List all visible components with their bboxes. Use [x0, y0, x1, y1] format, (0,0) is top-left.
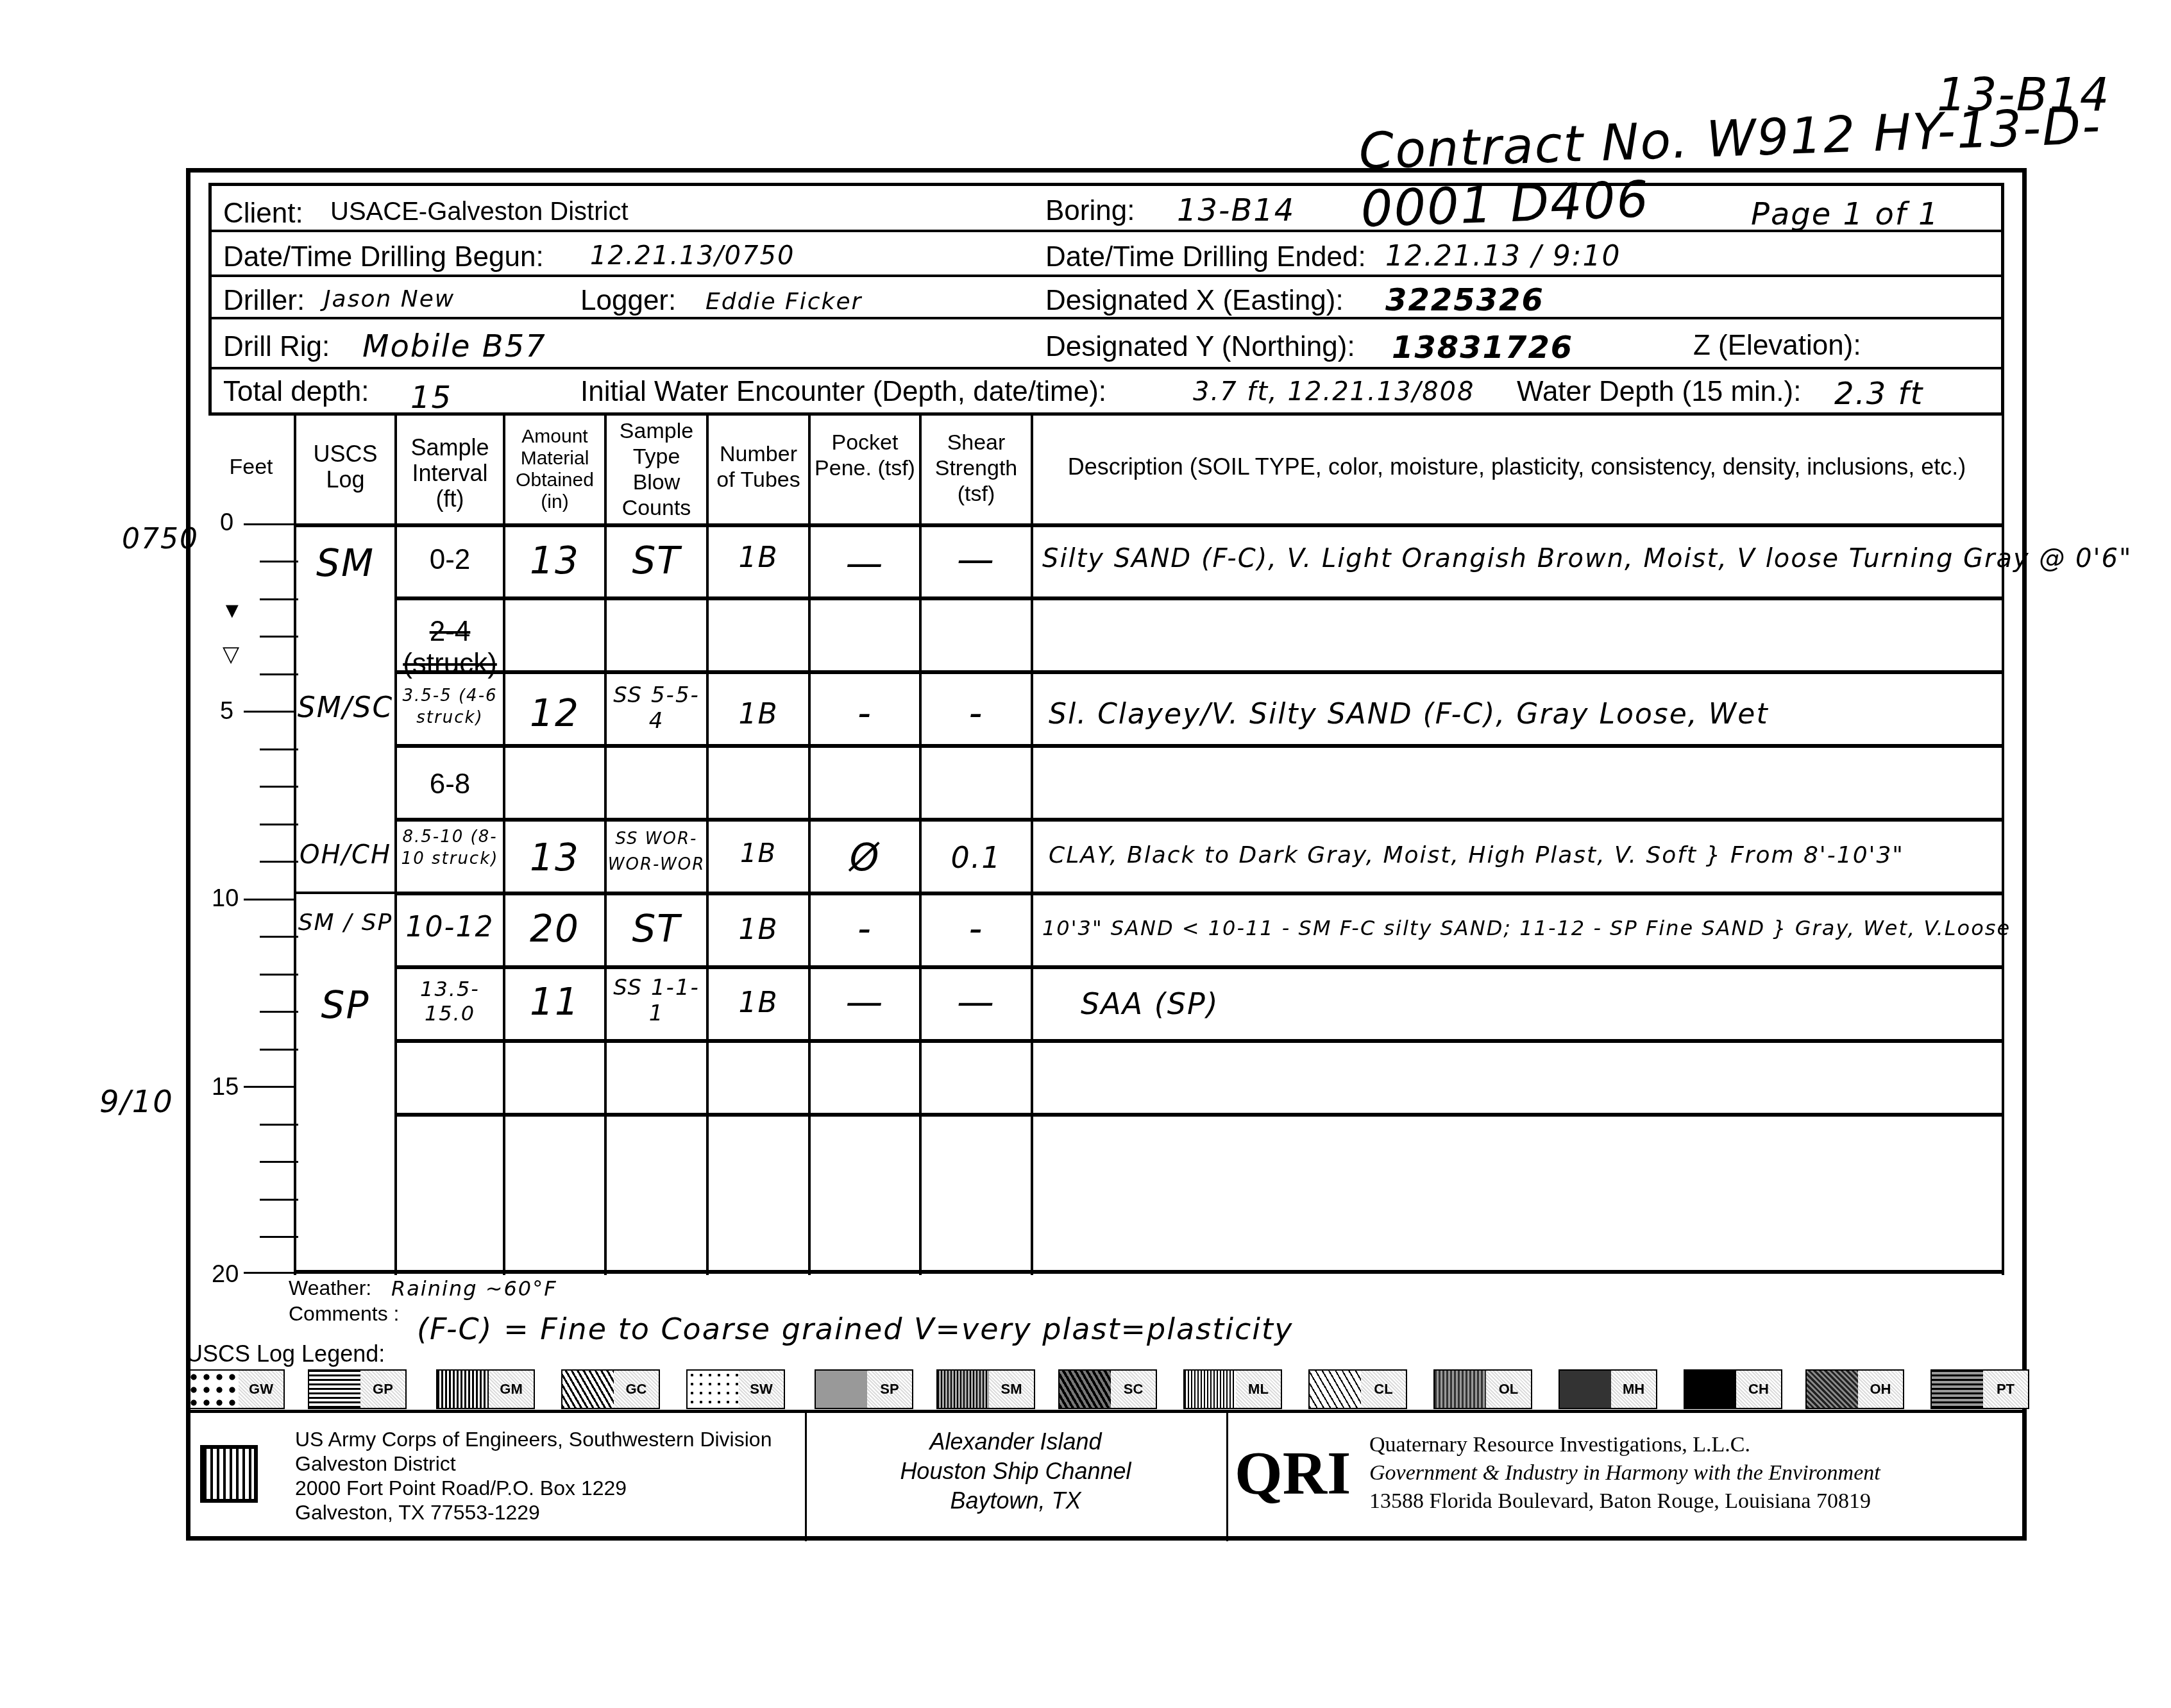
row3-interval: 3.5-5 (4-6 struck)	[397, 685, 503, 729]
row5-interval: 8.5-10 (8-10 struck)	[397, 826, 503, 870]
tick	[260, 1161, 298, 1163]
gravel-poor-pattern-icon	[309, 1371, 360, 1408]
tick	[244, 899, 294, 901]
tick	[260, 561, 298, 562]
tick	[244, 1086, 294, 1088]
sand-poor-pattern-icon	[816, 1371, 867, 1408]
row5-tubes: 1B	[709, 839, 808, 868]
row-divider	[394, 818, 2004, 822]
row5-shear: 0.1	[922, 840, 1031, 875]
col-header-shear: Shear Strength (tsf)	[922, 430, 1031, 507]
usace-line-3: 2000 Fort Point Road/P.O. Box 1229	[295, 1476, 772, 1500]
silt-pattern-icon	[1185, 1371, 1236, 1408]
row1-amount: 13	[505, 539, 604, 582]
row3-amount: 12	[505, 691, 604, 735]
header-row-client: Client: USACE-Galveston District Boring:…	[212, 186, 2001, 232]
row-divider	[394, 892, 2004, 895]
peat-pattern-icon	[1932, 1371, 1983, 1408]
row7-uscs: SP	[296, 983, 394, 1027]
easting-value: 3225326	[1385, 282, 1544, 318]
legend-code: OL	[1486, 1371, 1531, 1408]
row-divider	[394, 670, 2004, 674]
legend-sw: SW	[686, 1369, 785, 1409]
header-row-depth: Total depth: 15 Initial Water Encounter …	[212, 369, 2001, 413]
row-divider	[394, 1113, 2004, 1117]
tick	[260, 598, 298, 600]
usace-line-1: US Army Corps of Engineers, Southwestern…	[295, 1427, 772, 1451]
weather-value: Raining ~60°F	[391, 1276, 557, 1301]
row-divider	[394, 744, 2004, 748]
col-header-description: Description (SOIL TYPE, color, moisture,…	[1036, 454, 1998, 480]
legend-sp: SP	[815, 1369, 913, 1409]
boring-value: 13-B14	[1177, 192, 1295, 228]
silty-gravel-pattern-icon	[437, 1371, 489, 1408]
qri-line-3: 13588 Florida Boulevard, Baton Rouge, Lo…	[1369, 1487, 1880, 1516]
total-depth-label: Total depth:	[223, 376, 369, 408]
row6-description: 10'3" SAND < 10-11 - SM F-C silty SAND; …	[1042, 916, 2011, 940]
site-line-1: Alexander Island	[805, 1427, 1226, 1457]
row6-shear: -	[922, 907, 1031, 951]
qri-logo-icon: QRI	[1235, 1437, 1351, 1509]
row6-tubes: 1B	[709, 913, 808, 946]
col-divider	[1031, 416, 1033, 1275]
ended-label: Date/Time Drilling Ended:	[1045, 241, 1366, 273]
row-divider	[294, 1270, 2004, 1274]
clayey-sand-pattern-icon	[1060, 1371, 1111, 1408]
legend-gm: GM	[436, 1369, 535, 1409]
water-value: 3.7 ft, 12.21.13/808	[1193, 377, 1474, 407]
organic-high-pattern-icon	[1807, 1371, 1858, 1408]
row7-amount: 11	[505, 980, 604, 1024]
legend-code: SC	[1111, 1371, 1156, 1408]
tick	[260, 974, 298, 976]
usace-castle-logo-icon	[200, 1445, 258, 1503]
logger-label: Logger:	[580, 285, 676, 317]
row-divider	[294, 523, 2004, 527]
legend-code: GP	[360, 1371, 405, 1408]
row5-description: CLAY, Black to Dark Gray, Moist, High Pl…	[1049, 842, 1904, 868]
row3-uscs: SM/SC	[296, 691, 394, 724]
tick	[260, 748, 298, 750]
row6-pocket: -	[811, 907, 919, 951]
legend-sm: SM	[936, 1369, 1035, 1409]
usace-line-2: Galveston District	[295, 1451, 772, 1476]
tick	[244, 711, 294, 713]
row4-interval: 6-8	[397, 768, 503, 800]
site-line-3: Baytown, TX	[805, 1486, 1226, 1516]
footer-qri: QRI Quaternary Resource Investigations, …	[1228, 1413, 2027, 1541]
row7-description: SAA (SP)	[1081, 986, 1219, 1021]
depth-label-0: 0	[220, 509, 233, 537]
legend-code: GC	[614, 1371, 659, 1408]
comments-value: (F-C) = Fine to Coarse grained V=very pl…	[417, 1312, 1293, 1346]
boring-label: Boring:	[1045, 195, 1135, 227]
weather-label: Weather:	[289, 1276, 371, 1300]
northing-label: Designated Y (Northing):	[1045, 331, 1355, 363]
water-label: Initial Water Encounter (Depth, date/tim…	[580, 376, 1106, 408]
row5-pocket: Ø	[811, 836, 919, 879]
driller-value: Jason New	[324, 286, 455, 312]
rig-label: Drill Rig:	[223, 331, 330, 363]
col-header-tubes: Number of Tubes	[709, 441, 808, 493]
col-header-interval: Sample Interval (ft)	[397, 435, 503, 512]
legend-ml: ML	[1183, 1369, 1282, 1409]
legend-code: OH	[1858, 1371, 1903, 1408]
legend-ol: OL	[1433, 1369, 1532, 1409]
row1-interval: 0-2	[397, 544, 503, 576]
footer-site: Alexander Island Houston Ship Channel Ba…	[805, 1413, 1228, 1541]
northing-value: 13831726	[1392, 330, 1573, 366]
row1-description: Silty SAND (F-C), V. Light Orangish Brow…	[1042, 544, 2132, 573]
row-divider	[394, 1039, 2004, 1043]
elevation-label: Z (Elevation):	[1693, 330, 1861, 362]
legend-sc: SC	[1058, 1369, 1157, 1409]
tick	[244, 1272, 294, 1274]
uscs-layer-divider	[296, 892, 394, 894]
col-header-feet: Feet	[208, 454, 294, 480]
tick	[260, 1011, 298, 1013]
legend-label: USCS Log Legend:	[186, 1340, 385, 1367]
row3-description: Sl. Clayey/V. Silty SAND (F-C), Gray Loo…	[1049, 698, 1769, 731]
total-depth-value: 15	[410, 380, 452, 416]
row1-uscs: SM	[296, 541, 394, 585]
tick	[260, 861, 298, 863]
legend-code: SM	[989, 1371, 1034, 1408]
row6-interval: 10-12	[397, 911, 503, 943]
logger-value: Eddie Ficker	[705, 289, 862, 315]
tick	[260, 786, 298, 788]
row1-type: ST	[607, 539, 706, 582]
depth-label-15: 15	[212, 1074, 239, 1101]
tick	[260, 1236, 298, 1238]
row5-uscs: OH/CH	[296, 840, 394, 870]
legend-ch: CH	[1684, 1369, 1782, 1409]
row-divider	[394, 965, 2004, 969]
row1-tubes: 1B	[709, 541, 808, 574]
water15-label: Water Depth (15 min.):	[1517, 376, 1801, 408]
legend-gp: GP	[308, 1369, 407, 1409]
row1-pocket: —	[811, 541, 919, 585]
legend-code: PT	[1983, 1371, 2028, 1408]
col-header-amount: Amount Material Obtained (in)	[505, 426, 604, 513]
client-label: Client:	[223, 198, 303, 230]
begun-value: 12.21.13/0750	[590, 241, 795, 271]
legend-gc: GC	[561, 1369, 660, 1409]
comments-label: Comments :	[289, 1302, 399, 1326]
water-level-stabilized-icon: ▽	[223, 641, 239, 667]
qri-line-1: Quaternary Resource Investigations, L.L.…	[1369, 1431, 1880, 1459]
water-level-initial-icon: ▼	[221, 598, 243, 623]
row5-amount: 13	[505, 836, 604, 879]
header-row-rig: Drill Rig: Mobile B57 Designated Y (Nort…	[212, 319, 2001, 369]
boring-log-table: Feet USCS Log Sample Interval (ft) Amoun…	[208, 416, 2004, 1275]
sand-well-pattern-icon	[688, 1371, 739, 1408]
site-line-2: Houston Ship Channel	[805, 1457, 1226, 1486]
col-header-pocket: Pocket Pene. (tsf)	[811, 430, 919, 481]
uscs-legend: GW GP GM GC SW SP SM SC ML CL OL MH CH O…	[186, 1369, 2027, 1408]
row3-type: SS 5-5-4	[607, 682, 706, 734]
header-row-crew: Driller: Jason New Logger: Eddie Ficker …	[212, 277, 2001, 319]
tick	[244, 523, 294, 525]
row3-pocket: -	[811, 691, 919, 735]
legend-code: GM	[489, 1371, 534, 1408]
clay-low-pattern-icon	[1310, 1371, 1361, 1408]
tick	[260, 1199, 298, 1201]
legend-gw: GW	[186, 1369, 285, 1409]
legend-code: CH	[1736, 1371, 1781, 1408]
row7-type: SS 1-1-1	[607, 975, 706, 1026]
legend-code: GW	[239, 1371, 283, 1408]
depth-label-5: 5	[220, 698, 233, 725]
row6-type: ST	[607, 907, 706, 951]
usace-address: US Army Corps of Engineers, Southwestern…	[295, 1427, 772, 1525]
tick	[260, 673, 298, 675]
clayey-gravel-pattern-icon	[562, 1371, 614, 1408]
legend-code: SW	[739, 1371, 784, 1408]
qri-info: Quaternary Resource Investigations, L.L.…	[1369, 1431, 1880, 1516]
legend-code: SP	[867, 1371, 912, 1408]
row-divider	[394, 596, 2004, 600]
row3-shear: -	[922, 691, 1031, 735]
silt-high-pattern-icon	[1560, 1371, 1611, 1408]
qri-line-2: Government & Industry in Harmony with th…	[1369, 1459, 1880, 1487]
row7-interval: 13.5-15.0	[397, 977, 503, 1026]
tick	[260, 824, 298, 825]
tick	[260, 936, 298, 938]
row2-interval: 2-4 (struck)	[397, 616, 503, 680]
boring-tag: 13-B14	[1937, 67, 2111, 121]
legend-code: ML	[1236, 1371, 1281, 1408]
row7-tubes: 1B	[709, 986, 808, 1019]
legend-pt: PT	[1930, 1369, 2029, 1409]
tick	[260, 1124, 298, 1126]
row6-amount: 20	[505, 907, 604, 951]
gravel-pattern-icon	[187, 1371, 239, 1408]
row7-shear: —	[922, 980, 1031, 1024]
organic-low-pattern-icon	[1435, 1371, 1486, 1408]
row1-shear: —	[922, 537, 1031, 581]
header-block: Client: USACE-Galveston District Boring:…	[208, 183, 2004, 416]
easting-label: Designated X (Easting):	[1045, 285, 1344, 317]
clay-high-pattern-icon	[1685, 1371, 1736, 1408]
legend-code: CL	[1361, 1371, 1406, 1408]
water15-value: 2.3 ft	[1834, 376, 1923, 412]
footer: US Army Corps of Engineers, Southwestern…	[186, 1410, 2027, 1541]
legend-code: MH	[1611, 1371, 1656, 1408]
driller-label: Driller:	[223, 285, 305, 317]
begun-label: Date/Time Drilling Begun:	[223, 241, 544, 273]
ended-value: 12.21.13 / 9:10	[1385, 240, 1621, 273]
legend-oh: OH	[1805, 1369, 1904, 1409]
page-note: Page 1 of 1	[1751, 196, 1939, 232]
col-header-type: Sample Type Blow Counts	[607, 418, 706, 521]
row6-uscs: SM / SP	[296, 909, 394, 936]
row5-type: SS WOR-WOR-WOR	[607, 826, 706, 877]
rig-value: Mobile B57	[362, 328, 546, 364]
header-row-dates: Date/Time Drilling Begun: 12.21.13/0750 …	[212, 232, 2001, 277]
row7-pocket: —	[811, 980, 919, 1024]
depth-label-10: 10	[212, 885, 239, 913]
tick	[260, 636, 298, 638]
client-value: USACE-Galveston District	[330, 198, 629, 226]
depth-label-20: 20	[212, 1261, 239, 1289]
col-header-uscs: USCS Log	[296, 441, 394, 493]
silty-sand-pattern-icon	[938, 1371, 989, 1408]
usace-line-4: Galveston, TX 77553-1229	[295, 1500, 772, 1525]
legend-cl: CL	[1308, 1369, 1407, 1409]
margin-end-time: 9/10	[99, 1084, 174, 1120]
legend-mh: MH	[1559, 1369, 1657, 1409]
row3-tubes: 1B	[709, 698, 808, 731]
footer-usace: US Army Corps of Engineers, Southwestern…	[186, 1413, 807, 1541]
tick	[260, 1049, 298, 1051]
